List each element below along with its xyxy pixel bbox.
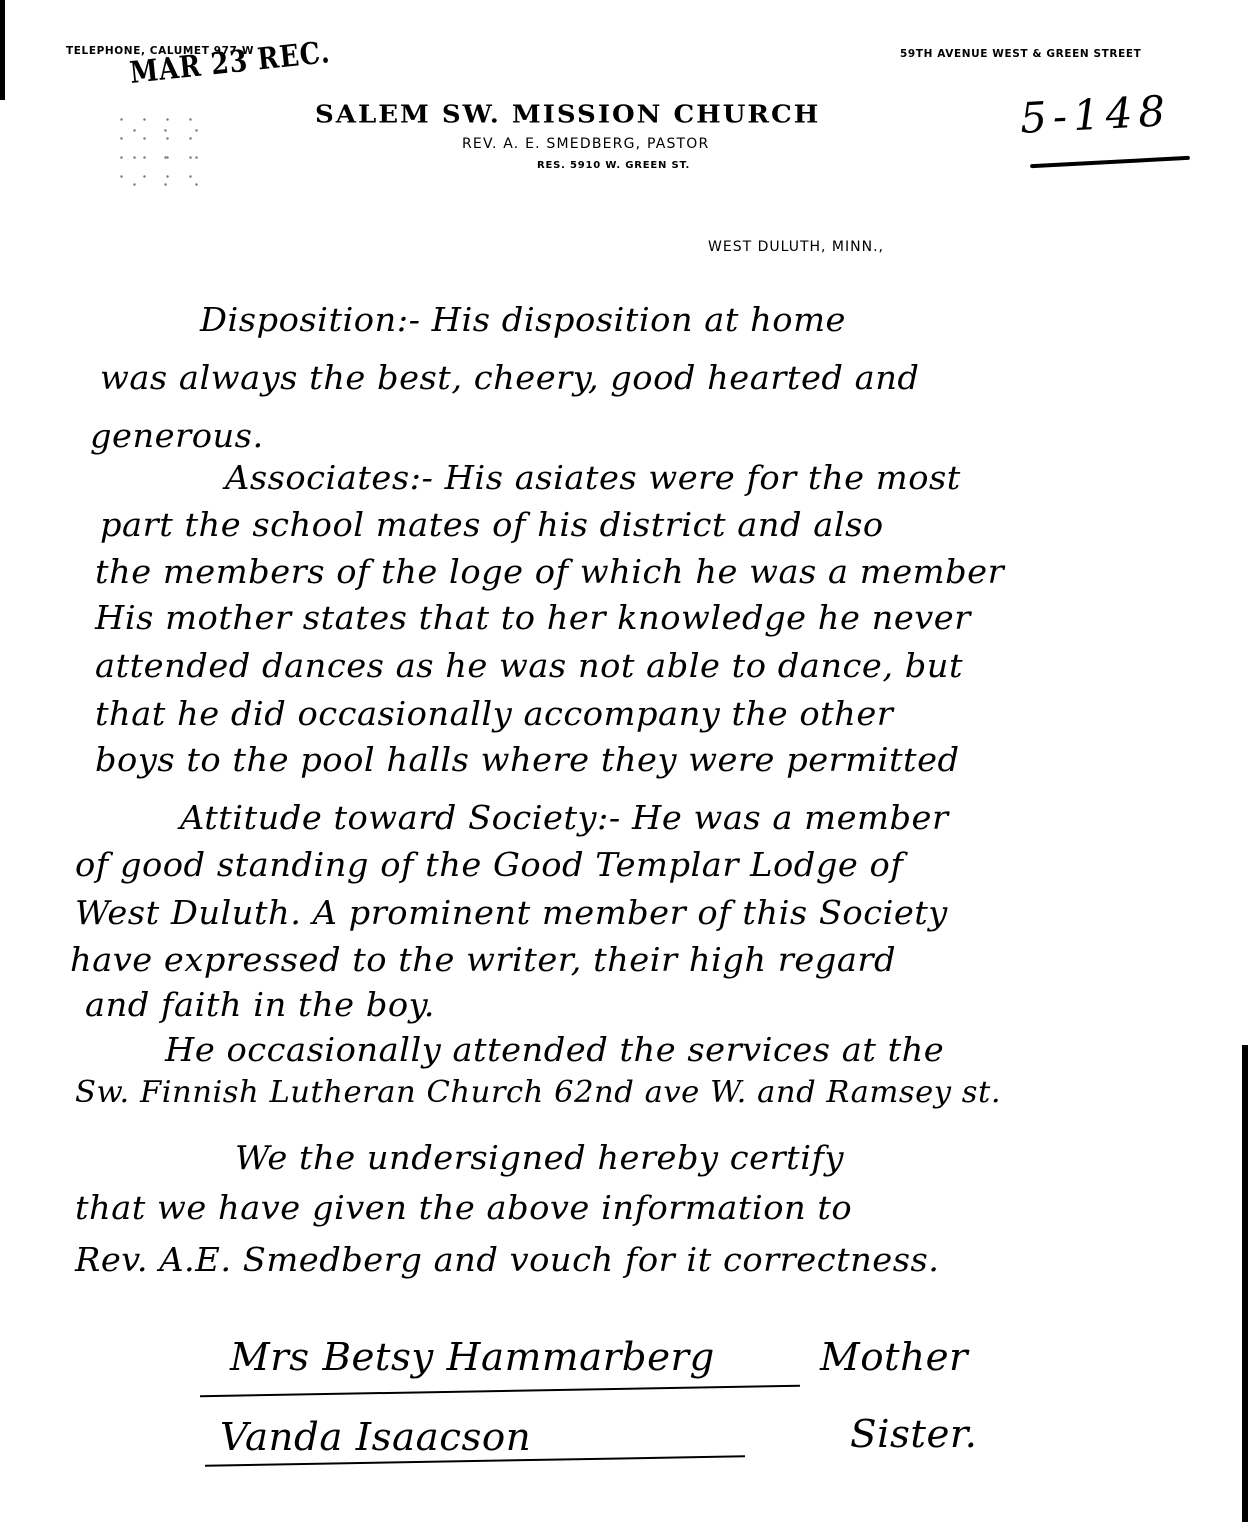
signature-name: Vanda Isaacson (220, 1415, 531, 1459)
pastor-residence: RES. 5910 W. GREEN ST. (537, 160, 690, 171)
body-line: the members of the loge of which he was … (95, 552, 1004, 591)
signature-line (200, 1385, 800, 1397)
received-stamp: MAR 23 REC. (128, 35, 332, 91)
certification-line: that we have given the above information… (75, 1188, 852, 1227)
pastor-name: REV. A. E. SMEDBERG, PASTOR (462, 136, 709, 152)
body-line: have expressed to the writer, their high… (70, 940, 896, 979)
body-line: and faith in the boy. (85, 985, 435, 1024)
scan-edge-right (1242, 1045, 1248, 1522)
certification-line: Rev. A.E. Smedberg and vouch for it corr… (75, 1240, 940, 1279)
body-line: Disposition:- His disposition at home (200, 300, 846, 339)
signature-name: Mrs Betsy Hammarberg (230, 1335, 715, 1379)
body-line: Attitude toward Society:- He was a membe… (180, 798, 949, 837)
body-line: West Duluth. A prominent member of this … (75, 893, 948, 932)
letter-city: WEST DULUTH, MINN., (708, 239, 884, 255)
body-line: His mother states that to her knowledge … (95, 598, 971, 637)
scan-edge-left (0, 0, 5, 100)
body-line: Sw. Finnish Lutheran Church 62nd ave W. … (75, 1075, 1001, 1110)
church-name: SALEM SW. MISSION CHURCH (315, 101, 820, 130)
signature-relation: Mother (820, 1335, 968, 1379)
body-line: boys to the pool halls where they were p… (95, 740, 960, 779)
file-number-underline (1030, 156, 1190, 168)
body-line: was always the best, cheery, good hearte… (100, 358, 919, 397)
body-line: of good standing of the Good Templar Lod… (75, 845, 903, 884)
body-line: attended dances as he was not able to da… (95, 646, 963, 685)
signature-relation: Sister. (850, 1412, 978, 1456)
body-line: generous. (90, 416, 264, 455)
body-line: part the school mates of his district an… (100, 505, 884, 544)
stamp-ink-specks (110, 110, 210, 190)
body-line: that he did occasionally accompany the o… (95, 694, 893, 733)
file-number: 5-148 (1019, 86, 1172, 143)
body-line: Associates:- His asiates were for the mo… (225, 458, 961, 497)
letterhead-address: 59TH AVENUE WEST & GREEN STREET (900, 48, 1141, 60)
body-line: He occasionally attended the services at… (165, 1030, 944, 1069)
certification-line: We the undersigned hereby certify (235, 1138, 844, 1177)
